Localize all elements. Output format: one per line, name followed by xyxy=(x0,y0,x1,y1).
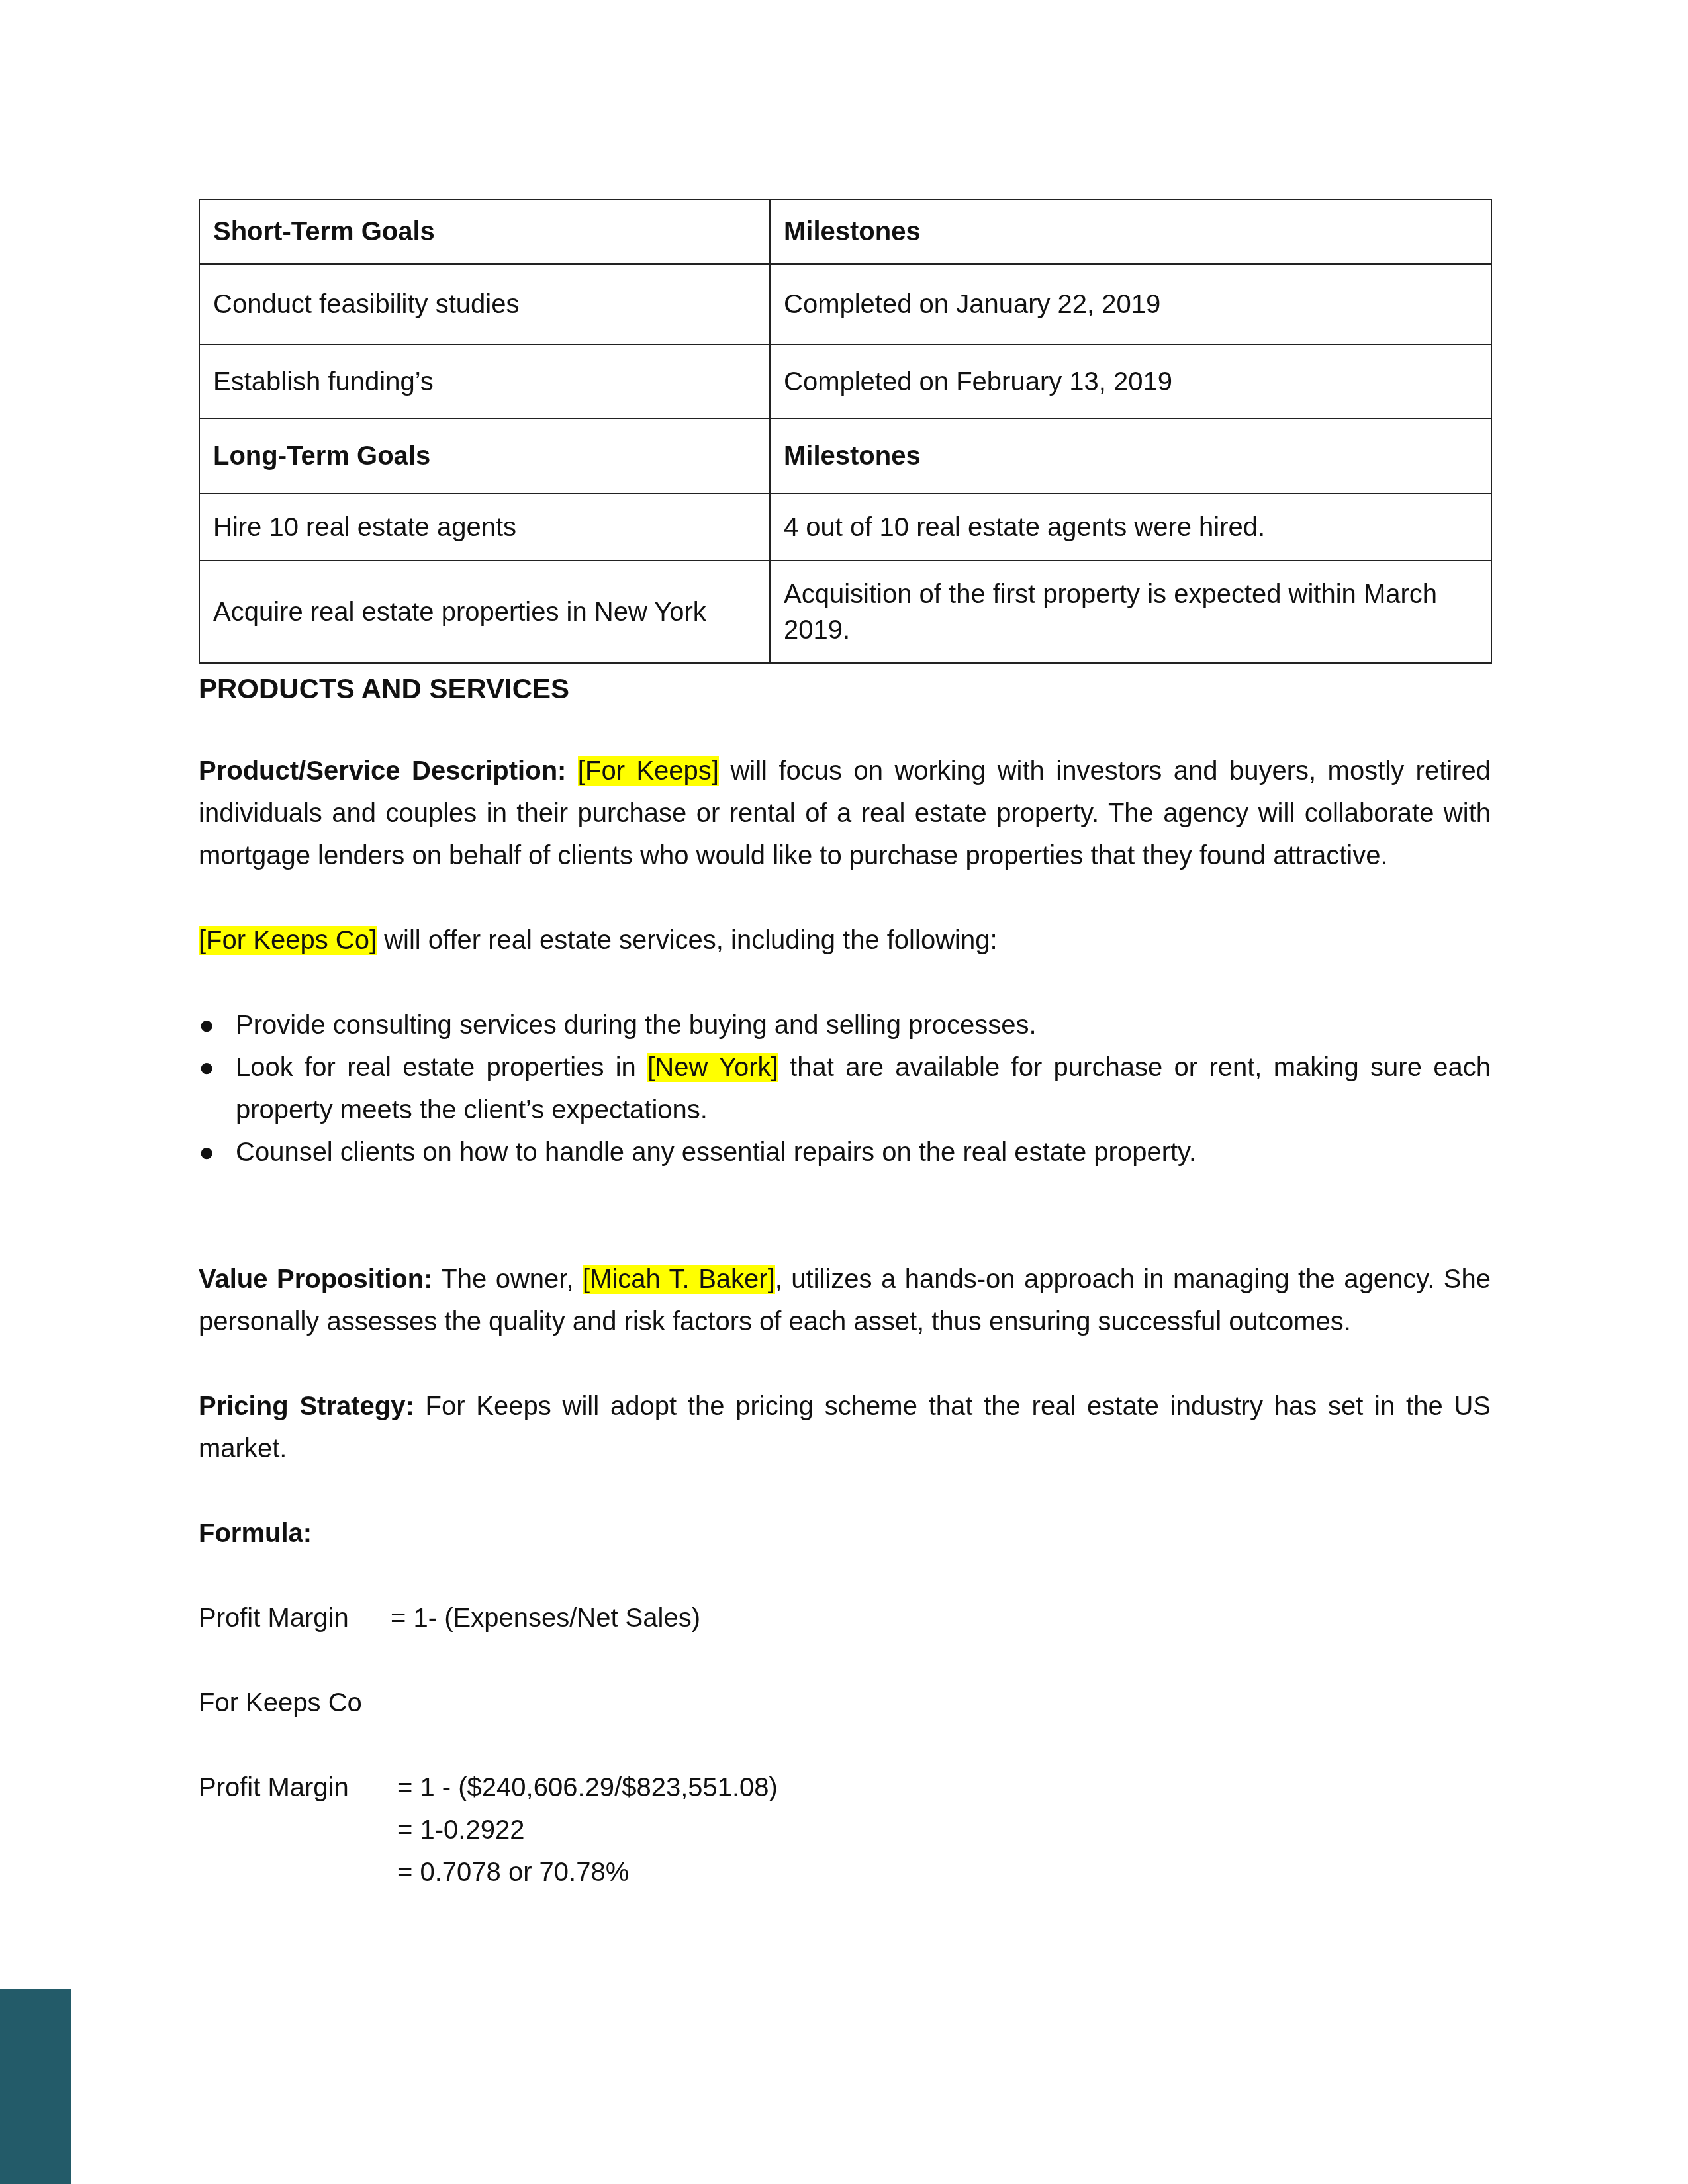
milestones-column-header: Milestones xyxy=(770,199,1491,264)
table-row: Establish funding’sCompleted on February… xyxy=(199,345,1491,418)
document-page: Short-Term GoalsMilestonesConduct feasib… xyxy=(199,199,1491,1893)
highlight-location: [New York] xyxy=(647,1053,778,1082)
table-row: Hire 10 real estate agents4 out of 10 re… xyxy=(199,494,1491,561)
services-list: ●Provide consulting services during the … xyxy=(199,1004,1491,1173)
milestone-cell: Completed on January 22, 2019 xyxy=(770,264,1491,345)
formula-calc-value: = 1 - ($240,606.29/$823,551.08) xyxy=(397,1766,778,1809)
formula-company-name: For Keeps Co xyxy=(199,1682,1491,1724)
product-service-description: Product/Service Description: [For Keeps]… xyxy=(199,750,1491,877)
goal-cell: Hire 10 real estate agents xyxy=(199,494,770,561)
table-row: Acquire real estate properties in New Yo… xyxy=(199,561,1491,663)
bullet-icon: ● xyxy=(199,1004,214,1046)
milestone-cell: Acquisition of the first property is exp… xyxy=(770,561,1491,663)
formula-calc-name: Profit Margin xyxy=(199,1766,397,1809)
table-header-row: Long-Term GoalsMilestones xyxy=(199,418,1491,494)
services-intro-text: will offer real estate services, includi… xyxy=(377,926,998,955)
highlight-company-placeholder: [For Keeps] xyxy=(578,756,719,786)
pricing-strategy: Pricing Strategy: For Keeps will adopt t… xyxy=(199,1385,1491,1470)
table-header-row: Short-Term GoalsMilestones xyxy=(199,199,1491,264)
formula-general-name: Profit Margin xyxy=(199,1597,391,1639)
milestone-cell: 4 out of 10 real estate agents were hire… xyxy=(770,494,1491,561)
formula-calc-line: = 0.7078 or 70.78% xyxy=(199,1851,1491,1893)
milestone-cell: Completed on February 13, 2019 xyxy=(770,345,1491,418)
goals-column-header: Short-Term Goals xyxy=(199,199,770,264)
highlight-owner-name: [Micah T. Baker] xyxy=(583,1265,775,1294)
highlight-company-name: [For Keeps Co] xyxy=(199,926,377,955)
pricing-strategy-label: Pricing Strategy: xyxy=(199,1392,414,1421)
formula-label: Formula: xyxy=(199,1512,1491,1555)
value-proposition-label: Value Proposition: xyxy=(199,1265,433,1294)
description-label: Product/Service Description: xyxy=(199,756,566,786)
service-list-item: ●Provide consulting services during the … xyxy=(199,1004,1491,1046)
section-heading-products-services: PRODUCTS AND SERVICES xyxy=(199,669,1491,709)
goal-cell: Acquire real estate properties in New Yo… xyxy=(199,561,770,663)
bullet-icon: ● xyxy=(199,1046,214,1089)
value-proposition: Value Proposition: The owner, [Micah T. … xyxy=(199,1258,1491,1343)
formula-general-expression: = 1- (Expenses/Net Sales) xyxy=(391,1597,700,1639)
bullet-icon: ● xyxy=(199,1131,214,1173)
goal-cell: Establish funding’s xyxy=(199,345,770,418)
goals-milestones-table: Short-Term GoalsMilestonesConduct feasib… xyxy=(199,199,1492,664)
goals-column-header: Long-Term Goals xyxy=(199,418,770,494)
goal-cell: Conduct feasibility studies xyxy=(199,264,770,345)
milestones-column-header: Milestones xyxy=(770,418,1491,494)
formula-calc-value: = 1-0.2922 xyxy=(397,1809,524,1851)
formula-calc-value: = 0.7078 or 70.78% xyxy=(397,1851,629,1893)
decorative-accent-block xyxy=(0,1989,71,2184)
formula-calc-line: Profit Margin= 1 - ($240,606.29/$823,551… xyxy=(199,1766,1491,1809)
formula-calc-line: = 1-0.2922 xyxy=(199,1809,1491,1851)
services-intro: [For Keeps Co] will offer real estate se… xyxy=(199,919,1491,962)
formula-calculation: Profit Margin= 1 - ($240,606.29/$823,551… xyxy=(199,1766,1491,1893)
service-list-item: ●Look for real estate properties in [New… xyxy=(199,1046,1491,1131)
formula-general: Profit Margin = 1- (Expenses/Net Sales) xyxy=(199,1597,1491,1639)
table-row: Conduct feasibility studiesCompleted on … xyxy=(199,264,1491,345)
service-list-item: ●Counsel clients on how to handle any es… xyxy=(199,1131,1491,1173)
